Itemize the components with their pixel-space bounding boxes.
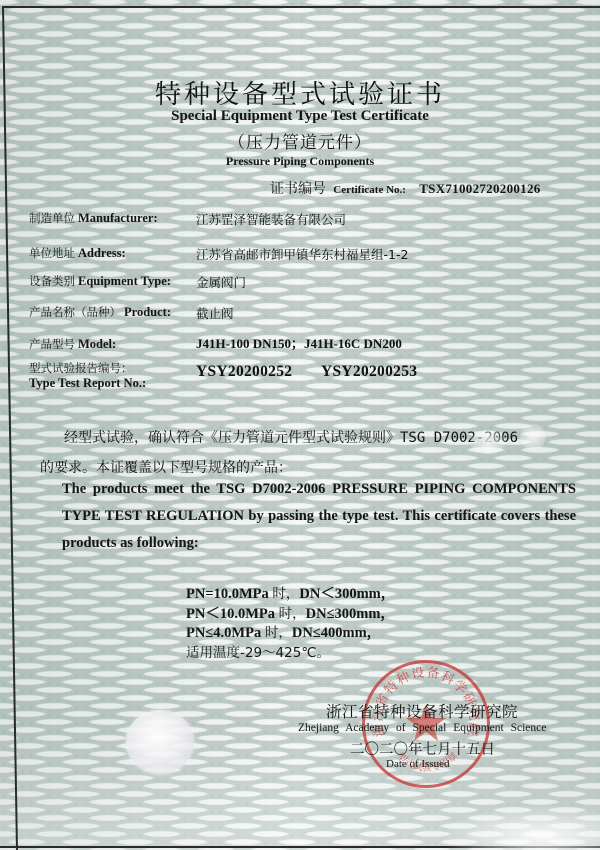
subtitle-chinese: （压力管道元件） (0, 128, 600, 153)
address-label-cn: 单位地址 (29, 246, 75, 260)
certificate-number-label-en: Certificate No.: (333, 184, 406, 196)
issue-date: 二〇二〇年七月十五日 (350, 738, 495, 759)
equipment-type-label: 设备类别Equipment Type: (29, 273, 171, 289)
report-no-label: 型式试验报告编号： Type Test Report No.: (29, 360, 146, 391)
spec-dn: DN≤300mm， (306, 606, 395, 622)
certificate-number: 证书编号 Certificate No.: TSX71002720200126 (270, 178, 541, 198)
spec-temperature: 适用温度-29～425℃。 (186, 644, 395, 664)
issuer-name-english: Zhejiang Academy of Special Equipment Sc… (298, 722, 546, 734)
spec-line: PN≤4.0MPa 时，DN≤400mm， (186, 624, 395, 644)
report-no-label-en: Type Test Report No.: (29, 376, 146, 391)
certificate-number-label-cn: 证书编号 (270, 181, 326, 197)
manufacturer-label-en: Manufacturer: (78, 211, 158, 225)
address-value: 江苏省高邮市卸甲镇华东村福星组-1-2 (196, 245, 408, 263)
title-chinese: 特种设备型式试验证书 (0, 74, 600, 111)
photo-glare (470, 430, 506, 454)
statement-cn-line1: 经型式试验，确认符合《压力管道元件型式试验规则》 (64, 430, 400, 446)
product-label-en: Product: (124, 305, 171, 319)
manufacturer-value: 江苏罡泽智能装备有限公司 (196, 210, 346, 228)
product-value: 截止阀 (196, 304, 234, 322)
subtitle-english: Pressure Piping Components (0, 154, 600, 169)
spec-when: 时， (265, 625, 292, 641)
manufacturer-label-cn: 制造单位 (29, 211, 75, 225)
spec-when: 时， (279, 606, 306, 622)
model-value: J41H-100 DN150；J41H-16C DN200 (196, 333, 402, 352)
spec-pn: PN＜10.0MPa (186, 606, 275, 622)
report-no-value-2: YSY20200253 (321, 363, 417, 381)
product-label-cn: 产品名称（品种） (29, 305, 121, 319)
spec-line: PN=10.0MPa 时，DN＜300mm， (186, 585, 395, 605)
manufacturer-label: 制造单位Manufacturer: (29, 210, 158, 226)
spec-pn: PN=10.0MPa (186, 586, 269, 602)
report-no-value-1: YSY20200252 (196, 363, 292, 381)
statement-english: The products meet the TSG D7002-2006 PRE… (62, 476, 576, 557)
equipment-type-label-cn: 设备类别 (29, 274, 75, 288)
spec-line: PN＜10.0MPa 时，DN≤300mm， (186, 605, 395, 625)
equipment-type-value: 金属阀门 (196, 273, 246, 291)
model-label: 产品型号Model: (29, 336, 116, 352)
issuer-name-chinese: 浙江省特种设备科学研究院 (326, 700, 518, 722)
address-label: 单位地址Address: (29, 245, 126, 261)
product-specs: PN=10.0MPa 时，DN＜300mm， PN＜10.0MPa 时，DN≤3… (186, 585, 395, 663)
equipment-type-label-en: Equipment Type: (78, 274, 171, 288)
spec-dn: DN＜300mm， (299, 586, 395, 602)
photo-glare (440, 805, 600, 850)
certificate-number-value: TSX71002720200126 (419, 181, 540, 196)
title-english: Special Equipment Type Test Certificate (0, 108, 600, 125)
statement-chinese: 经型式试验，确认符合《压力管道元件型式试验规则》TSG D7002-2006 的… (64, 423, 584, 483)
model-label-en: Model: (78, 337, 116, 351)
hologram-seal (126, 710, 194, 774)
spec-pn: PN≤4.0MPa (186, 625, 261, 641)
spec-dn: DN≤400mm， (292, 625, 381, 641)
spec-when: 时， (272, 586, 299, 602)
address-label-en: Address: (78, 246, 126, 260)
report-no-label-cn: 型式试验报告编号： (29, 360, 146, 376)
photo-glare (520, 424, 546, 450)
product-label: 产品名称（品种）Product: (29, 304, 171, 320)
model-label-cn: 产品型号 (29, 337, 75, 351)
issue-date-label: Date of Issued (386, 758, 450, 770)
border-top (2, 6, 600, 8)
